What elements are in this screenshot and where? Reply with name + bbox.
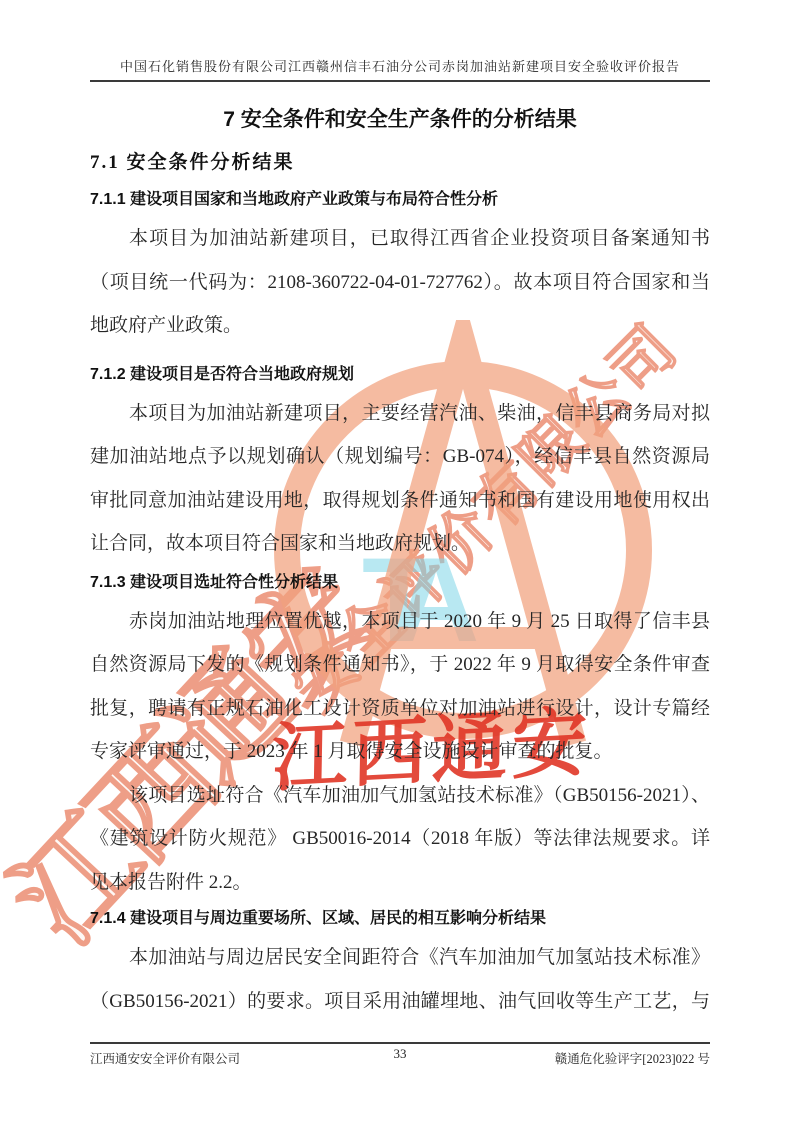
text-line: 建加油站地点予以规划确认（规划编号：GB-074），经信丰县自然资源局 — [90, 435, 710, 479]
report-page: 江西通安 安全评价有限公司 TA 江西通安 中国石化销售股份有限公司江西赣州信丰… — [0, 0, 800, 1131]
paragraph: 本项目为加油站新建项目，主要经营汽油、柴油，信丰县商务局对拟建加油站地点予以规划… — [90, 392, 710, 566]
heading-7.1.3: 7.1.3 建设项目选址符合性分析结果 — [90, 572, 710, 594]
text-line: （项目统一代码为：2108-360722-04-01-727762）。故本项目符… — [90, 261, 710, 305]
text-line: 该项目选址符合《汽车加油加气加氢站技术标准》（GB50156-2021）、 — [90, 774, 710, 818]
text-line: 本加油站与周边居民安全间距符合《汽车加油加气加氢站技术标准》 — [90, 936, 710, 980]
heading-7.1.2: 7.1.2 建设项目是否符合当地政府规划 — [90, 364, 710, 386]
heading-7.1: 7.1 安全条件分析结果 — [90, 149, 710, 177]
text-line: 赤岗加油站地理位置优越，本项目于 2020 年 9 月 25 日取得了信丰县 — [90, 600, 710, 644]
text-line: （GB50156-2021）的要求。项目采用油罐埋地、油气回收等生产工艺，与 — [90, 980, 710, 1024]
text-line: 自然资源局下发的《规划条件通知书》，于 2022 年 9 月取得安全条件审查 — [90, 643, 710, 687]
page-content: 中国石化销售股份有限公司江西赣州信丰石油分公司赤岗加油站新建项目安全验收评价报告… — [0, 0, 800, 1023]
text-line: 审批同意加油站建设用地，取得规划条件通知书和国有建设用地使用权出 — [90, 479, 710, 523]
paragraph: 本加油站与周边居民安全间距符合《汽车加油加气加氢站技术标准》（GB50156-2… — [90, 936, 710, 1023]
page-number: 33 — [394, 1046, 407, 1062]
text-line: 批复，聘请有正规石油化工设计资质单位对加油站进行设计，设计专篇经 — [90, 687, 710, 731]
text-line: 专家评审通过，于 2023 年 1 月取得安全设施设计审查的批复。 — [90, 730, 710, 774]
text-line: 本项目为加油站新建项目，已取得江西省企业投资项目备案通知书 — [90, 217, 710, 261]
footer-company: 江西通安安全评价有限公司 — [90, 1049, 240, 1067]
heading-7.1.4: 7.1.4 建设项目与周边重要场所、区域、居民的相互影响分析结果 — [90, 908, 710, 930]
text-line: 本项目为加油站新建项目，主要经营汽油、柴油，信丰县商务局对拟 — [90, 392, 710, 436]
chapter-title: 7 安全条件和安全生产条件的分析结果 — [90, 105, 710, 135]
text-line: 让合同，故本项目符合国家和当地政府规划。 — [90, 522, 710, 566]
document-body: 7.1 安全条件分析结果7.1.1 建设项目国家和当地政府产业政策与布局符合性分… — [90, 149, 710, 1023]
text-line: 地政府产业政策。 — [90, 304, 710, 348]
text-line: 见本报告附件 2.2。 — [90, 861, 710, 905]
footer-doc-number: 赣通危化验评字[2023]022 号 — [555, 1049, 710, 1067]
paragraph: 本项目为加油站新建项目，已取得江西省企业投资项目备案通知书（项目统一代码为：21… — [90, 217, 710, 348]
page-footer: 江西通安安全评价有限公司 33 赣通危化验评字[2023]022 号 — [90, 1042, 710, 1067]
page-header: 中国石化销售股份有限公司江西赣州信丰石油分公司赤岗加油站新建项目安全验收评价报告 — [90, 56, 710, 82]
text-line: 《建筑设计防火规范》 GB50016-2014（2018 年版）等法律法规要求。… — [90, 817, 710, 861]
heading-7.1.1: 7.1.1 建设项目国家和当地政府产业政策与布局符合性分析 — [90, 189, 710, 211]
paragraph: 赤岗加油站地理位置优越，本项目于 2020 年 9 月 25 日取得了信丰县自然… — [90, 600, 710, 774]
paragraph: 该项目选址符合《汽车加油加气加氢站技术标准》（GB50156-2021）、《建筑… — [90, 774, 710, 905]
